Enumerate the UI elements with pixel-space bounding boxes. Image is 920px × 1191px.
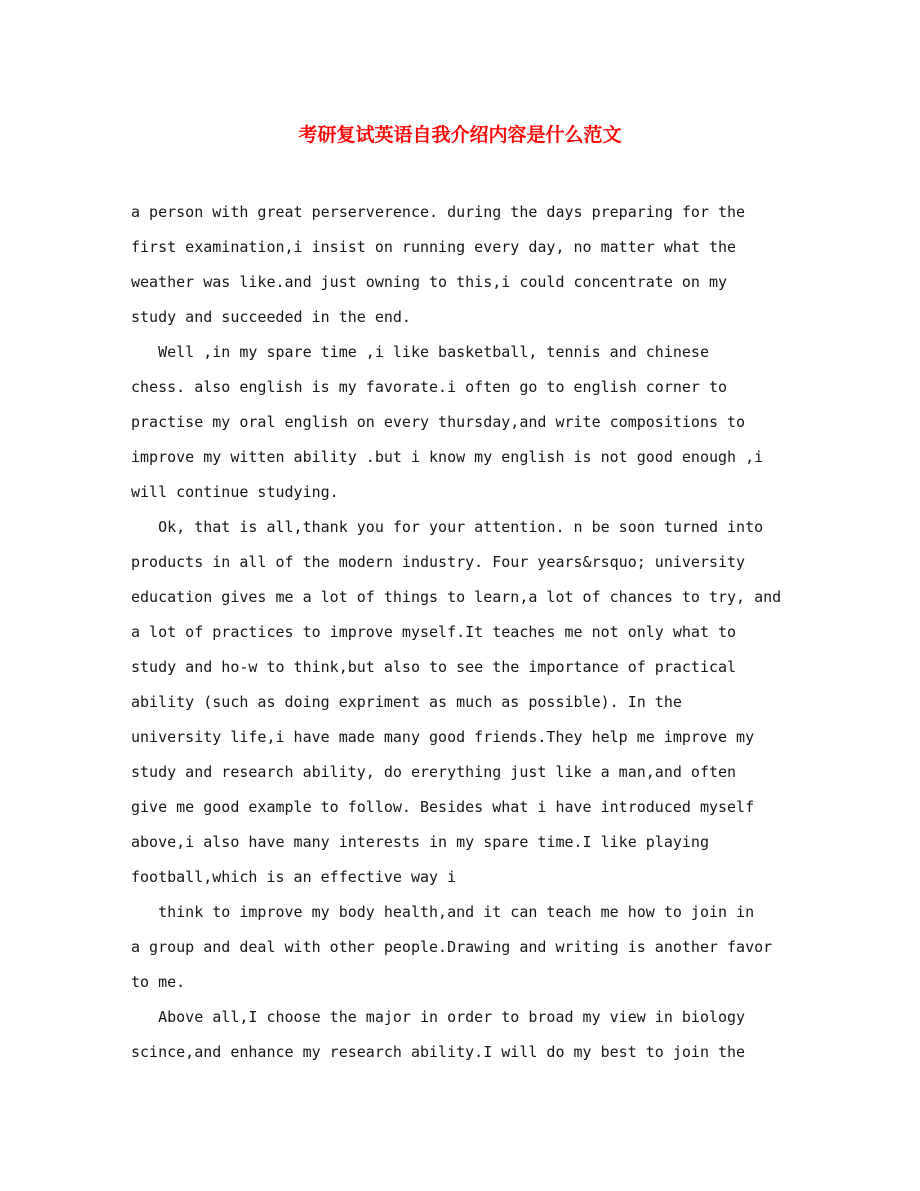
document-title: 考研复试英语自我介绍内容是什么范文 bbox=[0, 121, 920, 149]
text-line: a lot of practices to improve myself.It … bbox=[131, 615, 831, 650]
text-line: study and research ability, do ererythin… bbox=[131, 755, 831, 790]
text-line: improve my witten ability .but i know my… bbox=[131, 440, 831, 475]
text-line: will continue studying. bbox=[131, 475, 831, 510]
text-line: give me good example to follow. Besides … bbox=[131, 790, 831, 825]
text-line: ability (such as doing expriment as much… bbox=[131, 685, 831, 720]
text-line: a person with great perserverence. durin… bbox=[131, 195, 831, 230]
text-line: university life,i have made many good fr… bbox=[131, 720, 831, 755]
text-line: first examination,i insist on running ev… bbox=[131, 230, 831, 265]
text-line: study and succeeded in the end. bbox=[131, 300, 831, 335]
text-line: Well ,in my spare time ,i like basketbal… bbox=[131, 335, 831, 370]
text-line: chess. also english is my favorate.i oft… bbox=[131, 370, 831, 405]
document-page: 考研复试英语自我介绍内容是什么范文 a person with great pe… bbox=[0, 0, 920, 1191]
text-line: study and ho-w to think,but also to see … bbox=[131, 650, 831, 685]
text-line: think to improve my body health,and it c… bbox=[131, 895, 831, 930]
text-line: products in all of the modern industry. … bbox=[131, 545, 831, 580]
document-body: a person with great perserverence. durin… bbox=[131, 195, 831, 1070]
text-line: football,which is an effective way i bbox=[131, 860, 831, 895]
text-line: a group and deal with other people.Drawi… bbox=[131, 930, 831, 965]
text-line: weather was like.and just owning to this… bbox=[131, 265, 831, 300]
text-line: above,i also have many interests in my s… bbox=[131, 825, 831, 860]
text-line: practise my oral english on every thursd… bbox=[131, 405, 831, 440]
text-line: to me. bbox=[131, 965, 831, 1000]
text-line: education gives me a lot of things to le… bbox=[131, 580, 831, 615]
text-line: Ok, that is all,thank you for your atten… bbox=[131, 510, 831, 545]
text-line: Above all,I choose the major in order to… bbox=[131, 1000, 831, 1035]
text-line: scince,and enhance my research ability.I… bbox=[131, 1035, 831, 1070]
